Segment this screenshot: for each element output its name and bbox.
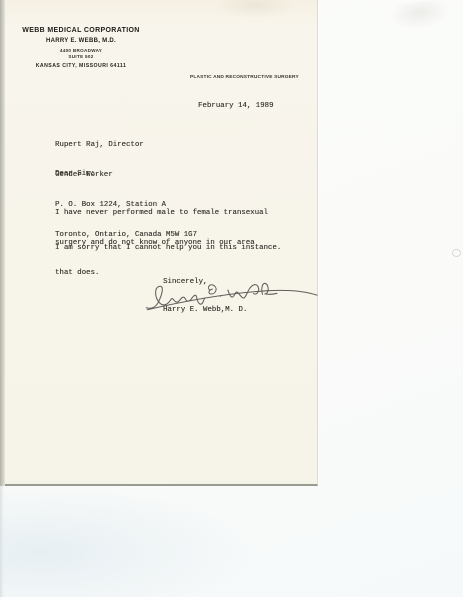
letterhead: WEBB MEDICAL CORPORATION HARRY E. WEBB, … [5,27,157,69]
letterhead-street: 4400 BROADWAY [5,48,157,53]
typed-signature-name: Harry E. Webb,M. D. [163,305,247,315]
scanned-letter: WEBB MEDICAL CORPORATION HARRY E. WEBB, … [0,0,463,600]
letter-page: WEBB MEDICAL CORPORATION HARRY E. WEBB, … [5,0,318,486]
letterhead-specialty: PLASTIC AND RECONSTRUCTIVE SURGERY [190,75,318,80]
letterhead-suite: SUITE 502 [5,54,157,59]
backing-blue-tint [0,480,260,600]
recipient-line: Rupert Raj, Director [55,140,197,150]
salutation: Dear Sir: [55,169,95,179]
body-line: I am sorry that I cannot help you in thi… [55,243,281,253]
letterhead-company: WEBB MEDICAL CORPORATION [5,27,157,34]
letterhead-city: KANSAS CITY, MISSOURI 64111 [5,63,157,69]
body-paragraph-2: I am sorry that I cannot help you in thi… [55,223,281,273]
scan-left-edge-lower [0,486,4,600]
letterhead-physician: HARRY E. WEBB, M.D. [5,38,157,44]
scan-ring-mark [452,249,461,257]
body-line: I have never performed male to female tr… [55,208,268,218]
paper-smudge [215,0,295,18]
date-line: February 14, 1989 [198,101,273,111]
